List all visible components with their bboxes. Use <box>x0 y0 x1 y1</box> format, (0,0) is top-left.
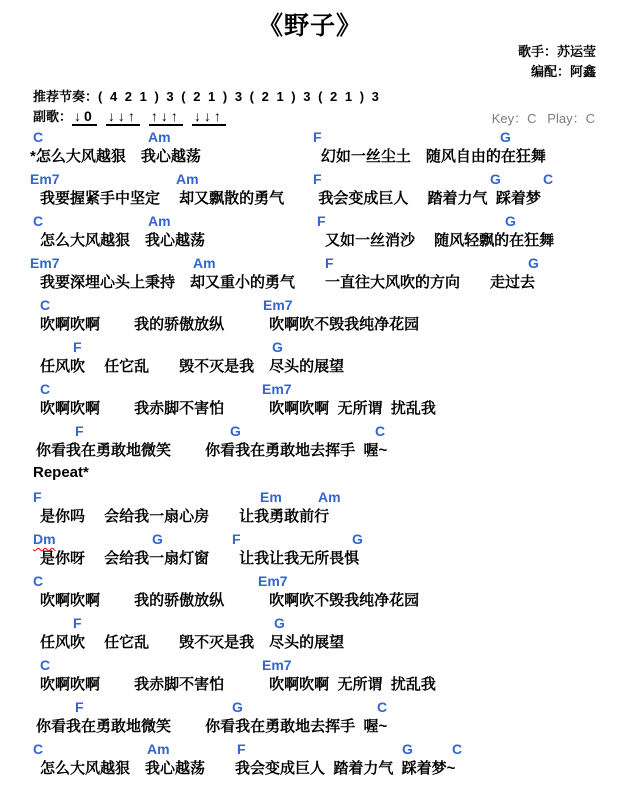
song-line: CEm7吹啊吹啊 我赤脚不害怕 吹啊吹啊 无所谓 扰乱我 <box>0 378 620 420</box>
chord-label: Am <box>193 255 216 271</box>
chord-label: G <box>500 129 511 145</box>
chord-row: CEm7 <box>0 378 620 398</box>
chord-label: G <box>152 531 163 547</box>
strum-group: ↑↓↑ <box>149 108 183 126</box>
credits: 歌手：苏运莹 编配：阿鑫 <box>518 42 596 82</box>
chord-label: Em7 <box>258 573 288 589</box>
chord-row: CAmFGC <box>0 738 620 758</box>
chord-label: Am <box>148 129 171 145</box>
chord-label: F <box>237 741 246 757</box>
chord-row: CAmFG <box>0 210 620 230</box>
rhythm-label: 推荐节奏： <box>33 89 98 104</box>
chord-label: F <box>33 489 42 505</box>
chord-label: F <box>325 255 334 271</box>
chord-label: G <box>352 531 363 547</box>
chord-label: Em7 <box>262 657 292 673</box>
chord-label: C <box>377 699 387 715</box>
song-line: DmGFG是你呀 会给我一扇灯窗 让我让我无所畏惧 <box>0 528 620 570</box>
chord-label: C <box>543 171 553 187</box>
chord-label: F <box>75 423 84 439</box>
lyric-line: 我要握紧手中坚定 却又飘散的勇气 我会变成巨人 踏着力气 踩着梦 <box>0 188 620 210</box>
song-line: FG任风吹 任它乱 毁不灭是我 尽头的展望 <box>0 612 620 654</box>
rhythm-line: 推荐节奏：( 4 2 1 ) 3 ( 2 1 ) 3 ( 2 1 ) 3 ( 2… <box>33 86 381 105</box>
lyric-line: 吹啊吹啊 我的骄傲放纵 吹啊吹不毁我纯净花园 <box>0 590 620 612</box>
chord-label: C <box>33 741 43 757</box>
chord-label: Am <box>148 213 171 229</box>
repeat-marker: Repeat* <box>0 462 620 486</box>
chord-sheet-page: 《野子》 歌手：苏运莹 编配：阿鑫 推荐节奏：( 4 2 1 ) 3 ( 2 1… <box>0 0 620 788</box>
chord-row: Em7AmFGC <box>0 168 620 188</box>
chord-label: C <box>375 423 385 439</box>
song-line: CAmFG*怎么大风越狠 我心越荡 幻如一丝尘土 随风自由的在狂舞 <box>0 126 620 168</box>
chord-label: Em7 <box>262 381 292 397</box>
chord-row: FG <box>0 336 620 356</box>
lyric-line: 我要深埋心头上秉持 却又重小的勇气 一直往大风吹的方向 走过去 <box>0 272 620 294</box>
lyric-line: 吹啊吹啊 我的骄傲放纵 吹啊吹不毁我纯净花园 <box>0 314 620 336</box>
chord-label: F <box>317 213 326 229</box>
chord-label: G <box>230 423 241 439</box>
lyric-line: 任风吹 任它乱 毁不灭是我 尽头的展望 <box>0 356 620 378</box>
lyric-line: 是你呀 会给我一扇灯窗 让我让我无所畏惧 <box>0 548 620 570</box>
chord-row: CAmFG <box>0 126 620 146</box>
lyric-line: 怎么大风越狠 我心越荡 我会变成巨人 踏着力气 踩着梦~ <box>0 758 620 780</box>
chord-label: G <box>505 213 516 229</box>
chord-label: G <box>490 171 501 187</box>
song-line: FG任风吹 任它乱 毁不灭是我 尽头的展望 <box>0 336 620 378</box>
chord-label: F <box>75 699 84 715</box>
song-line: CEm7吹啊吹啊 我的骄傲放纵 吹啊吹不毁我纯净花园 <box>0 570 620 612</box>
lyric-line: 吹啊吹啊 我赤脚不害怕 吹啊吹啊 无所谓 扰乱我 <box>0 674 620 696</box>
strum-group: ↓↓↑ <box>106 108 140 126</box>
lyric-line: 怎么大风越狠 我心越荡 又如一丝消沙 随风轻飘的在狂舞 <box>0 230 620 252</box>
singer-credit: 歌手：苏运莹 <box>518 42 596 62</box>
chord-label: F <box>73 339 82 355</box>
chord-label: C <box>40 297 50 313</box>
chord-label: G <box>272 339 283 355</box>
chord-row: CEm7 <box>0 294 620 314</box>
lyric-line: *怎么大风越狠 我心越荡 幻如一丝尘土 随风自由的在狂舞 <box>0 146 620 168</box>
song-line: CAmFG怎么大风越狠 我心越荡 又如一丝消沙 随风轻飘的在狂舞 <box>0 210 620 252</box>
chord-row: CEm7 <box>0 654 620 674</box>
lyric-line: 你看我在勇敢地微笑 你看我在勇敢地去挥手 喔~ <box>0 716 620 738</box>
chord-label: Em <box>260 489 282 505</box>
chord-label: F <box>232 531 241 547</box>
chord-label: F <box>73 615 82 631</box>
chord-label: G <box>528 255 539 271</box>
arranger-credit: 编配：阿鑫 <box>518 62 596 82</box>
lyric-line: 任风吹 任它乱 毁不灭是我 尽头的展望 <box>0 632 620 654</box>
chord-row: CEm7 <box>0 570 620 590</box>
song-line: FGC你看我在勇敢地微笑 你看我在勇敢地去挥手 喔~ <box>0 420 620 462</box>
chord-label: Dm <box>33 531 56 547</box>
lyric-line: 你看我在勇敢地微笑 你看我在勇敢地去挥手 喔~ <box>0 440 620 462</box>
key-play-label: Key：C Play：C <box>492 108 595 127</box>
song-line: FGC你看我在勇敢地微笑 你看我在勇敢地去挥手 喔~ <box>0 696 620 738</box>
chord-label: Em7 <box>30 171 60 187</box>
song-line: CEm7吹啊吹啊 我的骄傲放纵 吹啊吹不毁我纯净花园 <box>0 294 620 336</box>
song-line: FEmAm是你吗 会给我一扇心房 让我勇敢前行 <box>0 486 620 528</box>
chord-label: Am <box>318 489 341 505</box>
page-title: 《野子》 <box>0 6 620 42</box>
chord-label: Em7 <box>263 297 293 313</box>
chord-label: C <box>40 657 50 673</box>
rhythm-pattern: ( 4 2 1 ) 3 ( 2 1 ) 3 ( 2 1 ) 3 ( 2 1 ) … <box>98 89 381 104</box>
chord-label: G <box>274 615 285 631</box>
chorus-strum-line: 副歌：↓0↓↓↑↑↓↑↓↓↑ <box>33 106 235 126</box>
chord-row: Em7AmFG <box>0 252 620 272</box>
chord-label: F <box>313 129 322 145</box>
chord-row: FEmAm <box>0 486 620 506</box>
chord-label: C <box>33 573 43 589</box>
chord-label: Em7 <box>30 255 60 271</box>
chord-label: F <box>313 171 322 187</box>
chord-label: G <box>402 741 413 757</box>
chord-label: G <box>232 699 243 715</box>
song-line: Em7AmFGC我要握紧手中坚定 却又飘散的勇气 我会变成巨人 踏着力气 踩着梦 <box>0 168 620 210</box>
chorus-label: 副歌： <box>33 109 72 124</box>
song-body: CAmFG*怎么大风越狠 我心越荡 幻如一丝尘土 随风自由的在狂舞Em7AmFG… <box>0 126 620 780</box>
strum-group: ↓↓↑ <box>192 108 226 126</box>
chord-label: C <box>40 381 50 397</box>
song-line: Em7AmFG我要深埋心头上秉持 却又重小的勇气 一直往大风吹的方向 走过去 <box>0 252 620 294</box>
chord-row: DmGFG <box>0 528 620 548</box>
lyric-line: 是你吗 会给我一扇心房 让我勇敢前行 <box>0 506 620 528</box>
chord-row: FG <box>0 612 620 632</box>
chord-row: FGC <box>0 420 620 440</box>
chord-label: Am <box>176 171 199 187</box>
song-line: CAmFGC怎么大风越狠 我心越荡 我会变成巨人 踏着力气 踩着梦~ <box>0 738 620 780</box>
lyric-line: 吹啊吹啊 我赤脚不害怕 吹啊吹啊 无所谓 扰乱我 <box>0 398 620 420</box>
chord-row: FGC <box>0 696 620 716</box>
strum-group: ↓0 <box>72 108 97 126</box>
song-line: CEm7吹啊吹啊 我赤脚不害怕 吹啊吹啊 无所谓 扰乱我 <box>0 654 620 696</box>
chord-label: Am <box>147 741 170 757</box>
chord-label: C <box>452 741 462 757</box>
chord-label: C <box>33 213 43 229</box>
chord-label: C <box>33 129 43 145</box>
